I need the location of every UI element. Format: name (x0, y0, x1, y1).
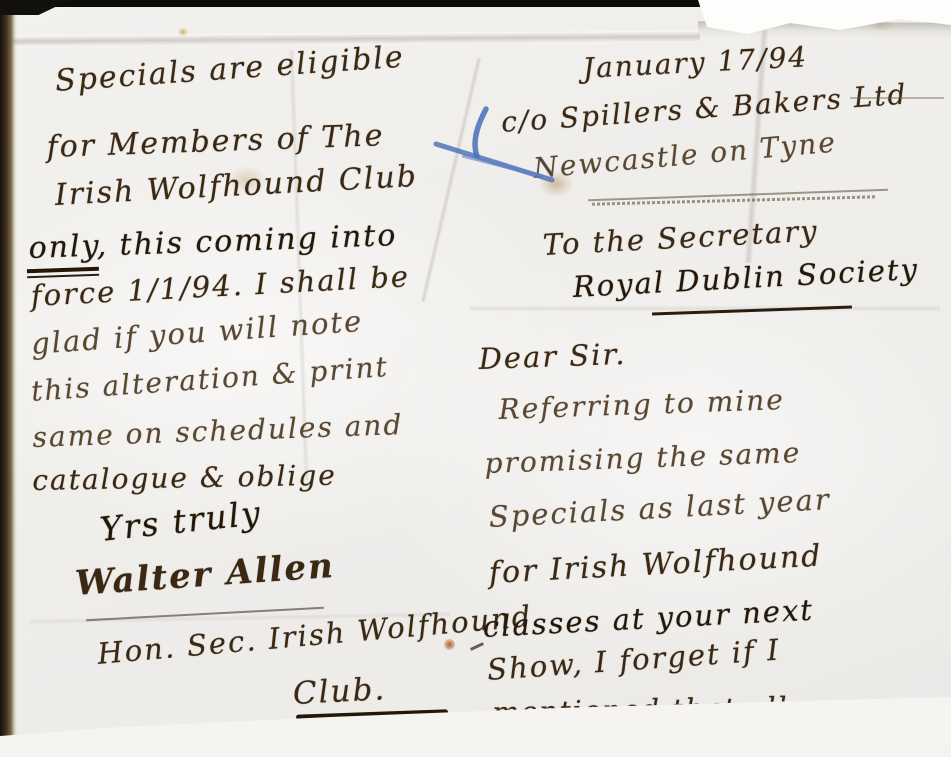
sender-address-line: Newcastle on Tyne (532, 125, 838, 184)
closing-line: Yrs truly (98, 493, 264, 549)
rust-spot (444, 639, 455, 650)
letter-line: for Irish Wolfhound (488, 539, 823, 591)
letter-line: catalogue & oblige (32, 459, 337, 497)
underline-dublin-society (652, 306, 852, 316)
top-edge-shadow (0, 0, 704, 7)
letter-line: for Members of The (46, 118, 385, 165)
paper-crease (470, 305, 940, 312)
recipient-line: Royal Dublin Society (572, 252, 920, 304)
letterhead-microprint (592, 195, 877, 205)
letter-line: promising the same (484, 436, 802, 480)
letter-paper: Specials are eligible for Members of The… (0, 0, 951, 757)
letter-line: Referring to mine (498, 383, 785, 426)
binding-edge (0, 0, 17, 738)
underline-club (296, 709, 448, 719)
page-continuation-mark: oo (906, 696, 939, 723)
underline-newcastle (588, 189, 888, 201)
top-edge-corner (0, 0, 70, 15)
letter-line: glad if you will note (30, 304, 364, 361)
signature-role-line: Club. (292, 671, 387, 712)
letter-line: this alteration & print (30, 350, 390, 408)
letter-date: January 17/94 (582, 40, 809, 85)
letter-line: only, this coming into (28, 218, 398, 266)
scanned-letter-page: Specials are eligible for Members of The… (0, 0, 951, 757)
blue-pencil-checkmark-icon (424, 104, 564, 194)
letter-line: Specials as last year (488, 482, 831, 534)
recipient-line: To the Secretary (542, 214, 819, 262)
letter-line: same on schedules and (32, 408, 404, 454)
signature-role-line: Hon. Sec. Irish Wolfhound (96, 599, 534, 671)
torn-edge-shadow (698, 21, 951, 39)
letter-line: mentioned that all our (492, 690, 854, 729)
letter-line: Specials are eligible (54, 40, 406, 99)
salutation: Dear Sir. (478, 337, 627, 376)
signature: Walter Allen (74, 546, 336, 604)
underline-signature (86, 607, 324, 621)
ink-stain (178, 28, 188, 36)
letter-line: Irish Wolfhound Club (54, 159, 419, 213)
end-dash-stroke (845, 710, 905, 716)
margin-pen-mark (470, 642, 484, 651)
